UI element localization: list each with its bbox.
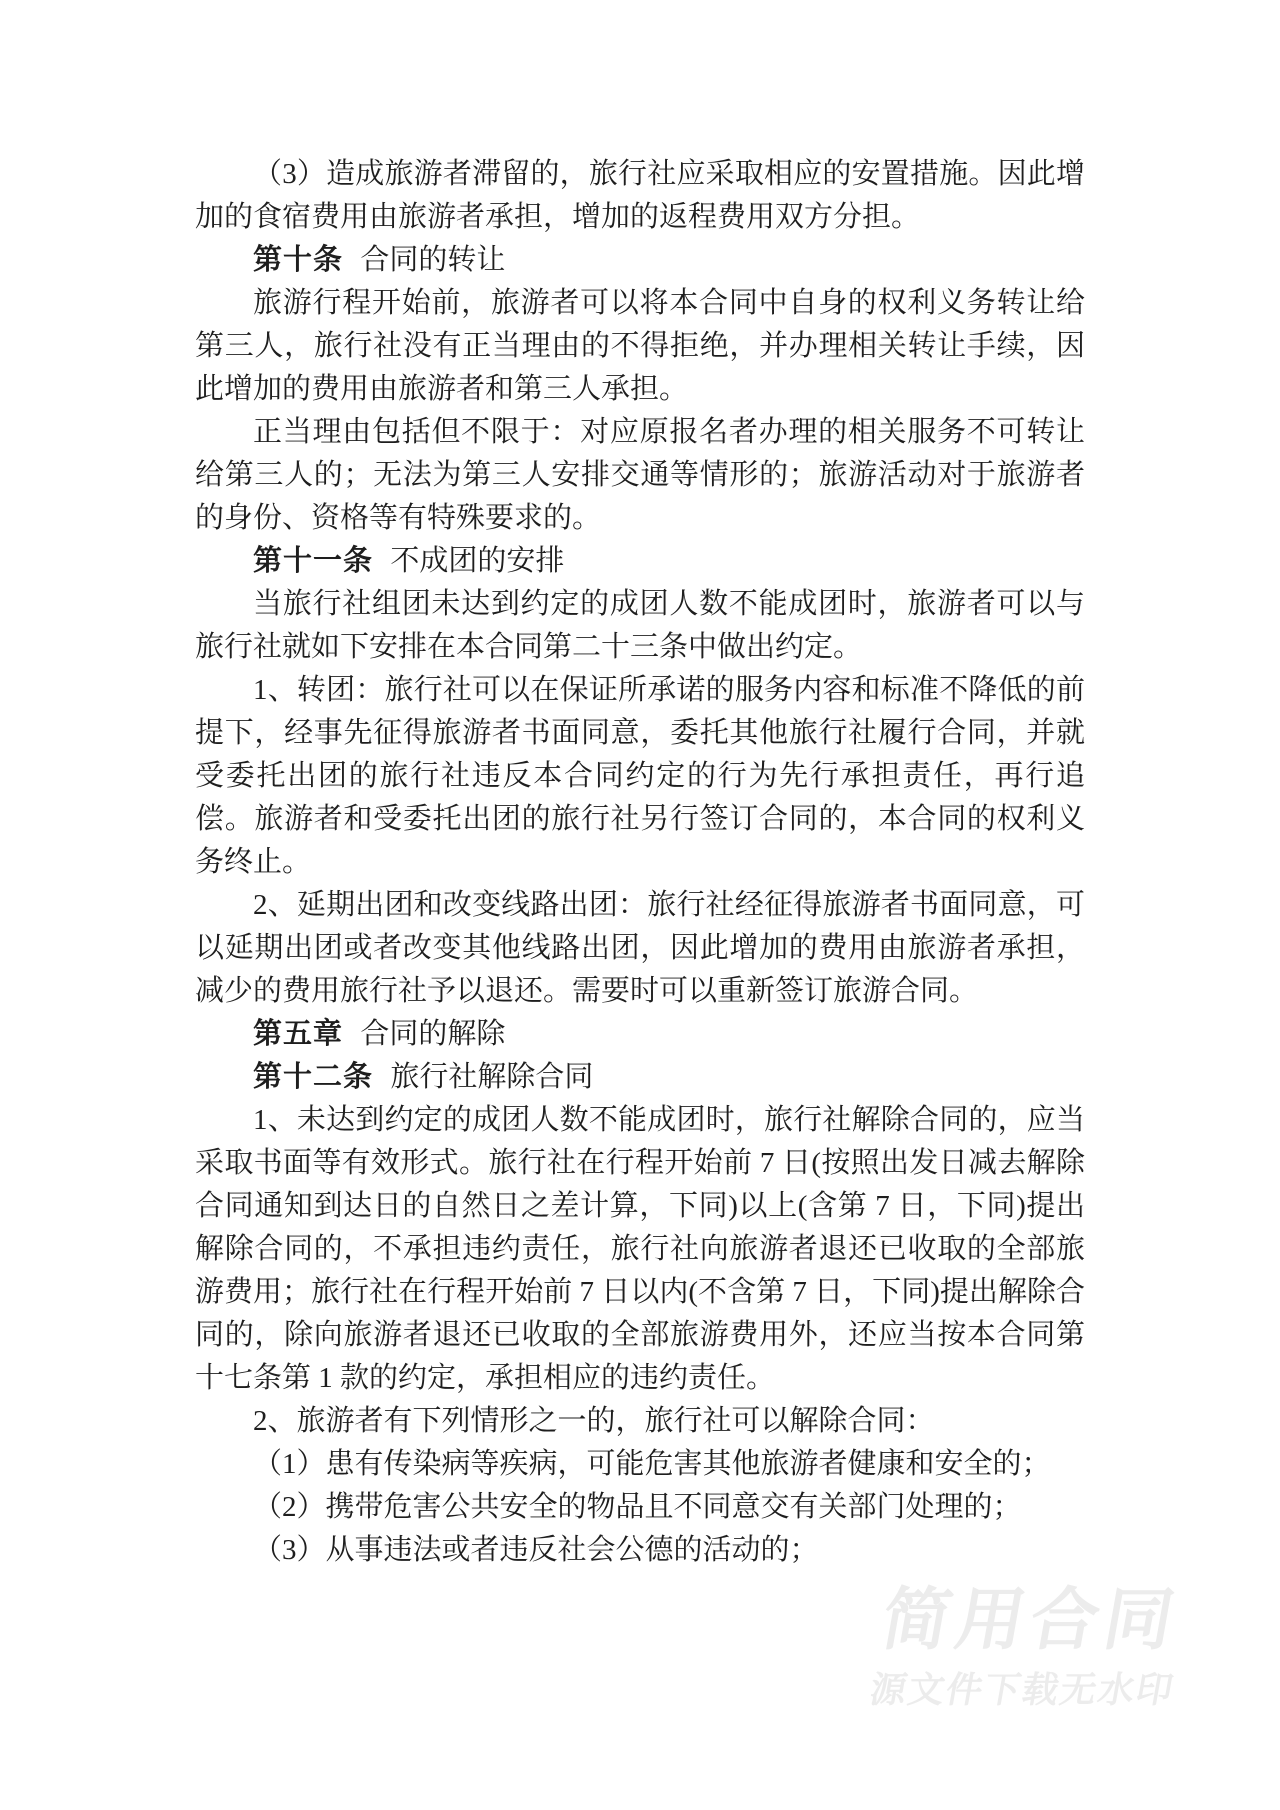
article-number: 第十条 <box>253 244 343 276</box>
watermark-subtitle: 源文件下载无水印 <box>867 1672 1177 1708</box>
paragraph: （3）从事违法或者违反社会公德的活动的； <box>195 1529 1085 1572</box>
contract-text-block: （3）造成旅游者滞留的，旅行社应采取相应的安置措施。因此增加的食宿费用由旅游者承… <box>195 153 1085 1572</box>
paragraph: 2、旅游者有下列情形之一的，旅行社可以解除合同： <box>195 1400 1085 1443</box>
watermark-title: 简用合同 <box>877 1586 1193 1654</box>
paragraph: （1）患有传染病等疾病，可能危害其他旅游者健康和安全的； <box>195 1443 1085 1486</box>
paragraph: 正当理由包括但不限于：对应原报名者办理的相关服务不可转让给第三人的；无法为第三人… <box>195 411 1085 540</box>
article-number: 第十一条 <box>253 545 373 577</box>
article-heading: 第十二条旅行社解除合同 <box>195 1056 1085 1099</box>
paragraph: 旅游行程开始前，旅游者可以将本合同中自身的权利义务转让给第三人，旅行社没有正当理… <box>195 282 1085 411</box>
paragraph: 1、转团：旅行社可以在保证所承诺的服务内容和标准不降低的前提下，经事先征得旅游者… <box>195 669 1085 884</box>
paragraph: 2、延期出团和改变线路出团：旅行社经征得旅游者书面同意，可以延期出团或者改变其他… <box>195 884 1085 1013</box>
article-heading: 第五章合同的解除 <box>195 1013 1085 1056</box>
article-number: 第十二条 <box>253 1061 373 1093</box>
paragraph: （2）携带危害公共安全的物品且不同意交有关部门处理的； <box>195 1486 1085 1529</box>
paragraph: （3）造成旅游者滞留的，旅行社应采取相应的安置措施。因此增加的食宿费用由旅游者承… <box>195 153 1085 239</box>
paragraph: 当旅行社组团未达到约定的成团人数不能成团时，旅游者可以与旅行社就如下安排在本合同… <box>195 583 1085 669</box>
article-heading: 第十一条不成团的安排 <box>195 540 1085 583</box>
article-title: 合同的解除 <box>360 1018 505 1050</box>
document-page: 简用合同 源文件下载无水印 （3）造成旅游者滞留的，旅行社应采取相应的安置措施。… <box>0 0 1280 1810</box>
article-number: 第五章 <box>253 1018 343 1050</box>
article-title: 合同的转让 <box>360 244 505 276</box>
article-title: 旅行社解除合同 <box>390 1061 593 1093</box>
article-heading: 第十条合同的转让 <box>195 239 1085 282</box>
paragraph: 1、未达到约定的成团人数不能成团时，旅行社解除合同的，应当采取书面等有效形式。旅… <box>195 1099 1085 1400</box>
watermark: 简用合同 源文件下载无水印 <box>867 1586 1193 1708</box>
article-title: 不成团的安排 <box>390 545 564 577</box>
